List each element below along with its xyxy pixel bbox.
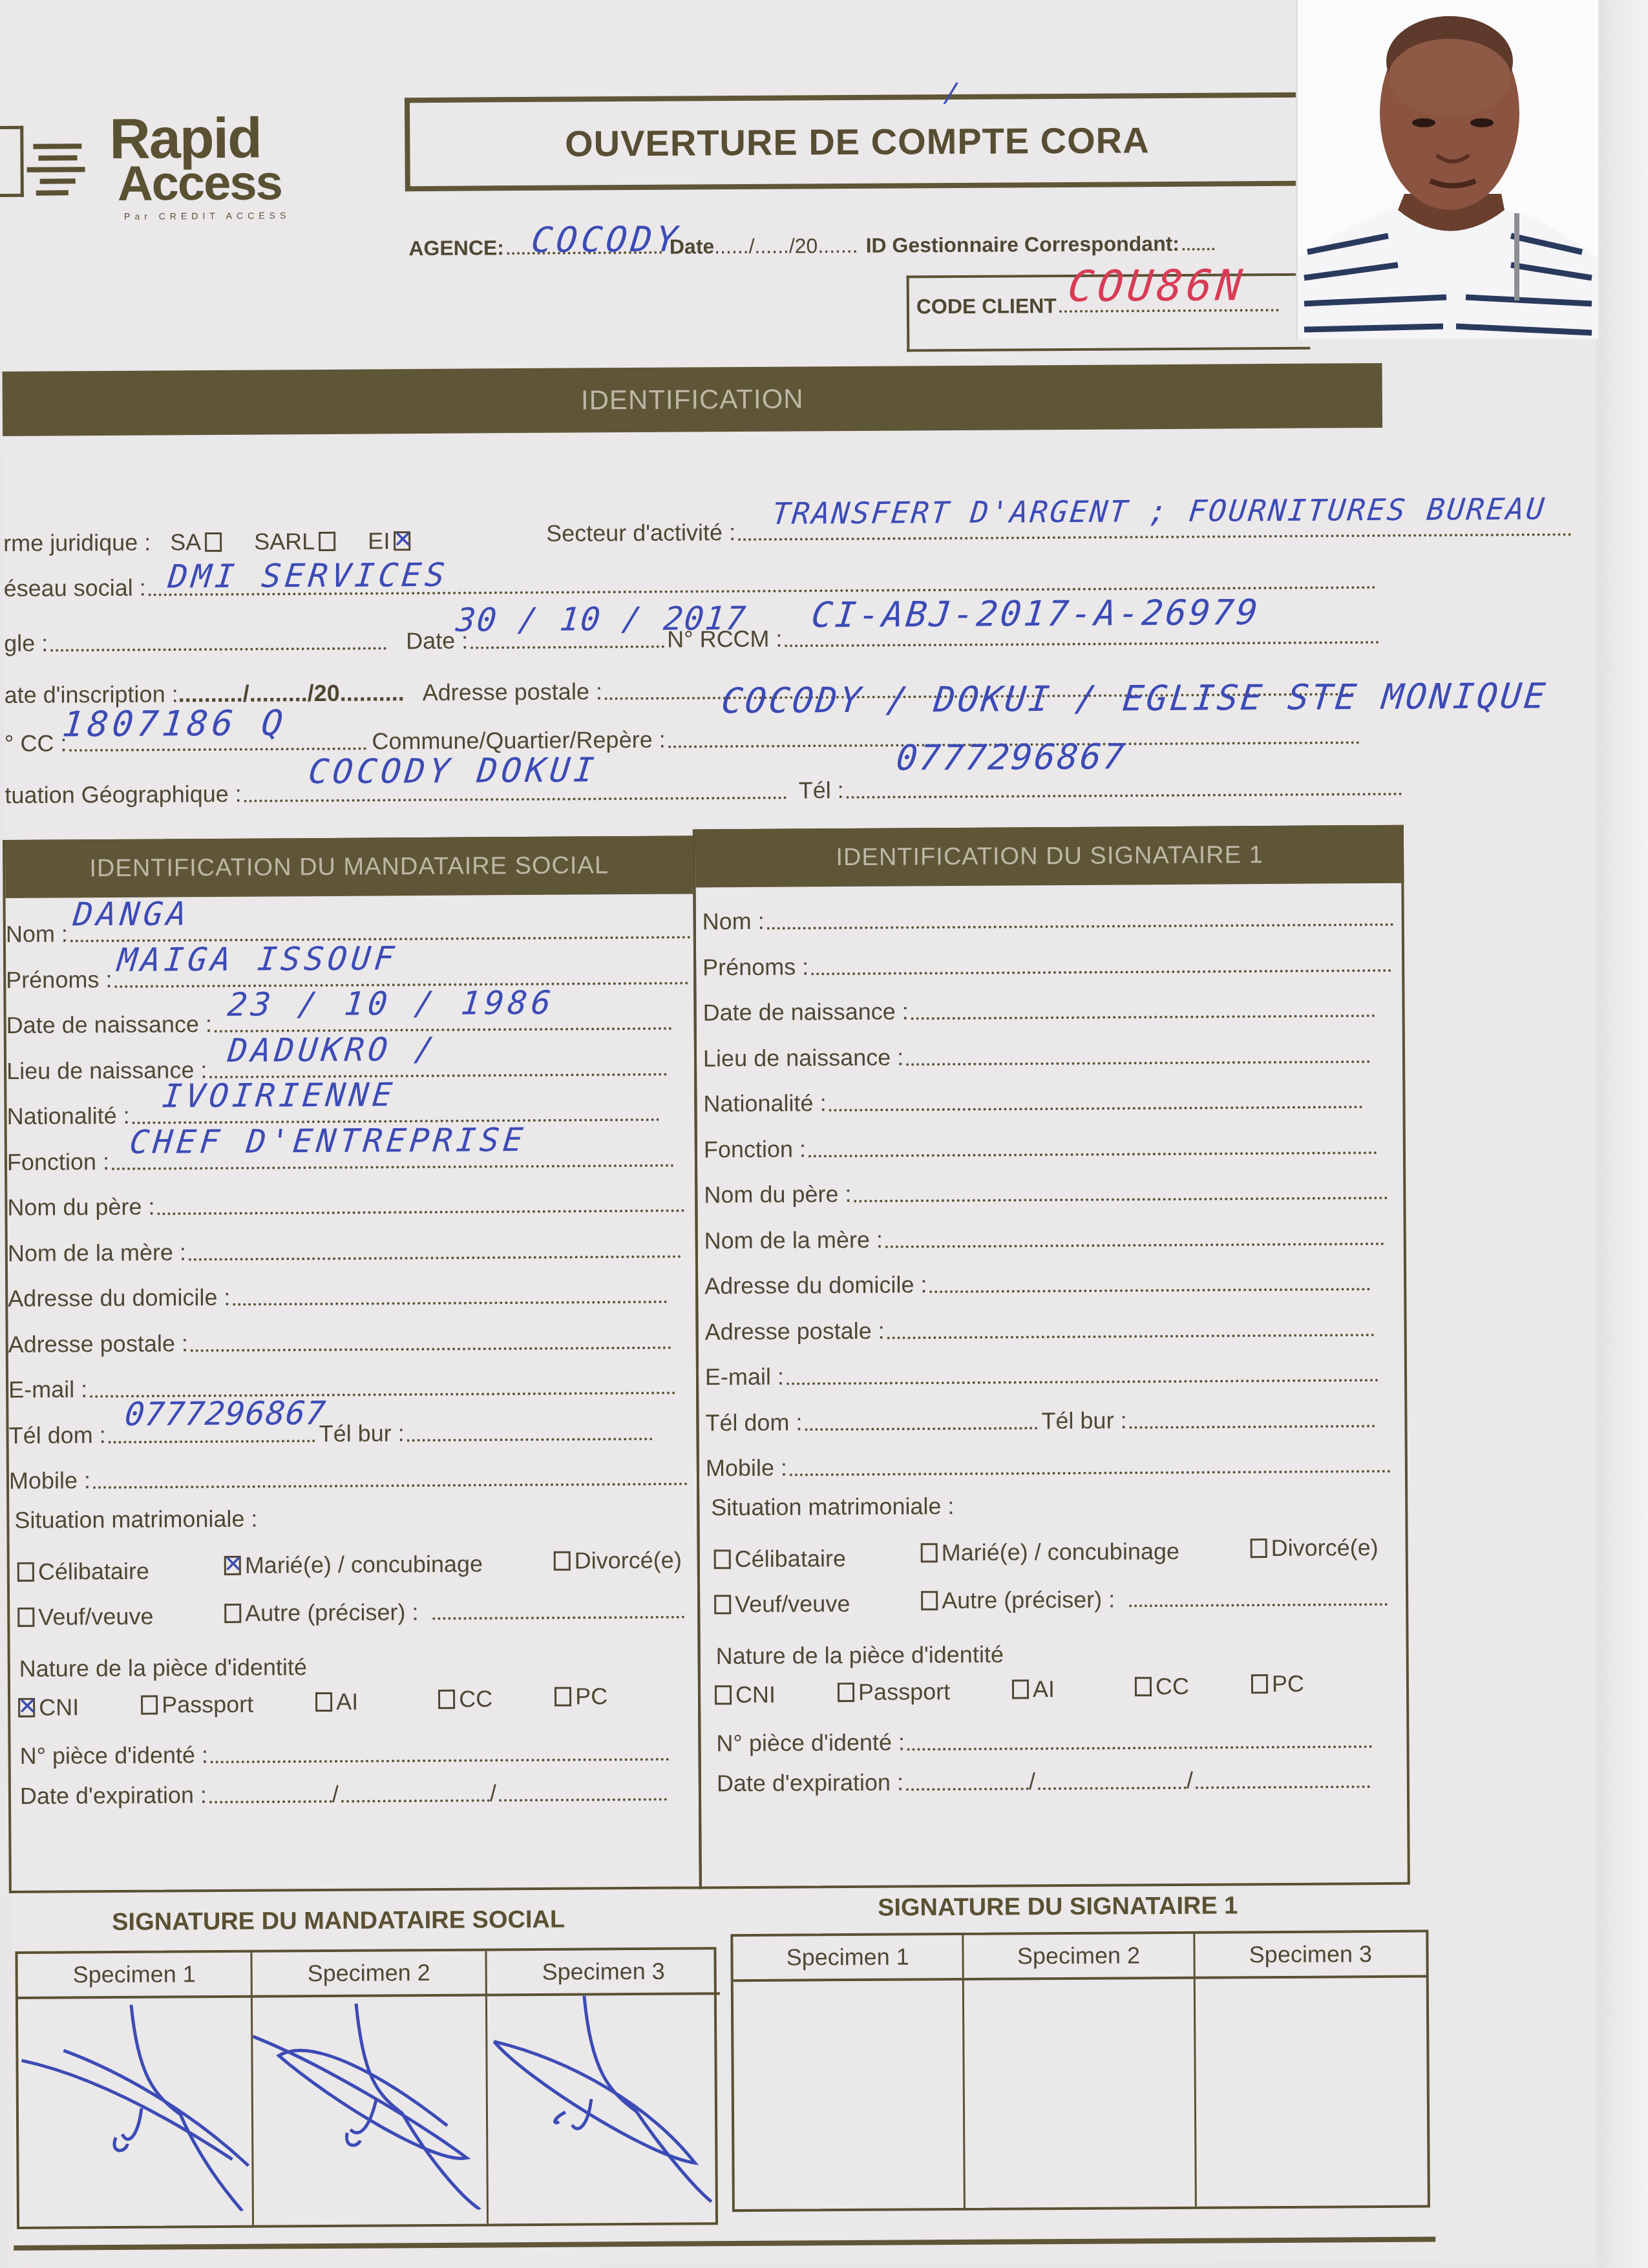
- field-value[interactable]: DADUKRO /: [226, 1030, 440, 1069]
- checkbox[interactable]: [17, 1607, 34, 1626]
- piece-option[interactable]: CNI: [715, 1681, 776, 1708]
- checkbox[interactable]: [1251, 1674, 1268, 1694]
- field-row: E-mail :: [705, 1360, 1379, 1391]
- specimen-header: Specimen 2: [964, 1934, 1196, 1980]
- rccm-value[interactable]: CI-ABJ-2017-A-26979: [810, 592, 1262, 635]
- signataire-signature-table: Specimen 1 Specimen 2 Specimen 3: [730, 1930, 1430, 2212]
- checkbox-ei[interactable]: [394, 531, 410, 551]
- logo-access: Access: [117, 154, 282, 212]
- checkbox[interactable]: [224, 1555, 241, 1575]
- signature-signataire-title: SIGNATURE DU SIGNATAIRE 1: [878, 1892, 1238, 1922]
- expiration-row: Date d'expiration ://: [20, 1778, 667, 1809]
- field-row: Adresse postale :: [704, 1314, 1374, 1345]
- signature-scribble-icon: [253, 1996, 487, 2210]
- id-photo: [1296, 0, 1598, 339]
- code-client-value[interactable]: COU86N: [1066, 260, 1248, 311]
- section-mandataire: IDENTIFICATION DU MANDATAIRE SOCIAL: [5, 835, 693, 898]
- checkbox[interactable]: [838, 1682, 854, 1701]
- matrimoniale-option[interactable]: Divorcé(e): [554, 1546, 682, 1574]
- field-row: Nom du père :: [7, 1190, 684, 1221]
- title-pen-mark: /: [943, 78, 966, 108]
- checkbox[interactable]: [18, 1697, 35, 1717]
- agence-value[interactable]: COCODY: [529, 219, 682, 260]
- mobile-row: Mobile :: [9, 1464, 688, 1495]
- field-row: Lieu de naissance :: [703, 1041, 1370, 1072]
- tel-row: Tél dom : Tél bur :: [8, 1418, 652, 1449]
- checkbox-sa[interactable]: [205, 532, 222, 552]
- signature-specimen-3[interactable]: [487, 1995, 721, 2223]
- field-value[interactable]: CHEF D'ENTREPRISE: [128, 1121, 528, 1161]
- matrimoniale-option[interactable]: Célibataire: [714, 1545, 846, 1573]
- field-row: Nom de la mère :: [8, 1235, 681, 1266]
- field-value[interactable]: DANGA: [72, 895, 192, 933]
- checkbox[interactable]: [438, 1689, 455, 1708]
- piece-option[interactable]: PC: [555, 1683, 607, 1710]
- signature-specimen-1[interactable]: [18, 1998, 254, 2227]
- field-value[interactable]: MAIGA ISSOUF: [116, 940, 399, 979]
- bottom-divider: [14, 2236, 1435, 2250]
- checkbox[interactable]: [1251, 1538, 1267, 1558]
- logo: Rapid Access Par CREDIT ACCESS: [1, 121, 324, 233]
- piece-option[interactable]: CC: [1135, 1672, 1189, 1700]
- checkbox[interactable]: [921, 1591, 938, 1610]
- piece-option[interactable]: Passport: [838, 1678, 950, 1706]
- date-value[interactable]: 30 / 10 / 2017: [454, 600, 748, 639]
- specimen-header: Specimen 3: [487, 1949, 719, 1996]
- specimen-header: Specimen 1: [733, 1935, 964, 1982]
- field-row: Adresse du domicile :: [704, 1268, 1370, 1299]
- mandataire-signature-table: Specimen 1 Specimen 2 Specimen 3: [15, 1947, 718, 2229]
- tel-row: Tél dom : Tél bur :: [705, 1405, 1375, 1436]
- piece-option[interactable]: CC: [438, 1685, 492, 1713]
- checkbox[interactable]: [1012, 1679, 1029, 1699]
- specimen-header: Specimen 1: [17, 1953, 252, 1999]
- form-title: OUVERTURE DE COMPTE CORA: [405, 92, 1310, 192]
- field-row: Nom du père :: [704, 1177, 1388, 1208]
- checkbox[interactable]: [714, 1595, 731, 1614]
- checkbox[interactable]: [17, 1562, 34, 1581]
- logo-tagline: Par CREDIT ACCESS: [124, 210, 290, 222]
- piece-option[interactable]: AI: [1012, 1675, 1055, 1703]
- mobile-row: Mobile :: [706, 1451, 1391, 1482]
- field-row: Date de naissance :: [703, 995, 1375, 1026]
- matrimoniale-option[interactable]: Célibataire: [17, 1557, 149, 1585]
- matrimoniale-label: Situation matrimoniale :: [14, 1505, 257, 1533]
- field-row: Adresse du domicile :: [8, 1281, 667, 1312]
- matrimoniale-option[interactable]: Autre (préciser) :: [224, 1599, 418, 1627]
- expiration-row: Date d'expiration ://: [717, 1766, 1370, 1797]
- form-page: Rapid Access Par CREDIT ACCESS OUVERTURE…: [0, 0, 1610, 2268]
- piece-option[interactable]: PC: [1251, 1670, 1304, 1697]
- checkbox[interactable]: [315, 1692, 332, 1711]
- commune-value[interactable]: COCODY / DOKUI / EGLISE STE MONIQUE: [720, 675, 1550, 721]
- forme-juridique-row: rme juridique : SA SARL EI: [3, 527, 414, 557]
- section-identification: IDENTIFICATION: [3, 363, 1383, 436]
- checkbox[interactable]: [715, 1685, 732, 1705]
- speed-lines-icon: [26, 138, 85, 196]
- section-signataire: IDENTIFICATION DU SIGNATAIRE 1: [695, 825, 1404, 888]
- field-row: Prénoms :: [703, 949, 1391, 981]
- situation-value[interactable]: COCODY DOKUI: [306, 751, 600, 792]
- signature-scribble-icon: [487, 1995, 721, 2209]
- matrimoniale-option[interactable]: Veuf/veuve: [714, 1590, 850, 1618]
- matrimoniale-option[interactable]: Veuf/veuve: [17, 1602, 153, 1630]
- field-row: Nom :: [703, 904, 1394, 936]
- signature-scribble-icon: [18, 1998, 252, 2212]
- signature-mandataire-title: SIGNATURE DU MANDATAIRE SOCIAL: [112, 1906, 565, 1937]
- secteur-value[interactable]: TRANSFERT D'ARGENT ; FOURNITURES BUREAU: [770, 491, 1547, 530]
- matrimoniale-option[interactable]: Marié(e) / concubinage: [224, 1550, 483, 1579]
- checkbox[interactable]: [921, 1543, 938, 1562]
- checkbox[interactable]: [141, 1695, 158, 1714]
- tel-dom-value[interactable]: 0777296867: [123, 1394, 328, 1433]
- num-piece-row: N° pièce d'identé :: [716, 1726, 1373, 1757]
- field-row: Fonction :: [704, 1132, 1377, 1163]
- portrait-photo-icon: [1298, 0, 1598, 339]
- gestionnaire-label: ID Gestionnaire Correspondant:: [865, 232, 1179, 258]
- situation-field: tuation Géographique : Tél :: [5, 773, 1402, 809]
- field-row: Adresse postale :: [8, 1327, 671, 1358]
- checkbox[interactable]: [1135, 1677, 1152, 1696]
- reseau-value[interactable]: DMI SERVICES: [167, 556, 450, 596]
- tel-value[interactable]: 0777296867: [894, 736, 1128, 778]
- matrimoniale-option[interactable]: Autre (préciser) :: [921, 1586, 1115, 1614]
- matrimoniale-option[interactable]: Marié(e) / concubinage: [921, 1537, 1179, 1566]
- signature-specimen-1[interactable]: [734, 1980, 966, 2209]
- date-template: ....../....../20.......: [714, 234, 858, 258]
- piece-option[interactable]: AI: [315, 1688, 358, 1715]
- specimen-header: Specimen 2: [252, 1951, 487, 1997]
- piece-option[interactable]: CNI: [18, 1694, 79, 1721]
- piece-option[interactable]: Passport: [141, 1690, 253, 1718]
- field-row: E-mail :: [8, 1372, 675, 1403]
- field-value[interactable]: 23 / 10 / 1986: [226, 984, 556, 1024]
- checkbox[interactable]: [224, 1603, 241, 1622]
- field-row: Nom de la mère :: [704, 1223, 1384, 1254]
- scan-edge: [1596, 0, 1648, 2268]
- piece-label: Nature de la pièce d'identité: [19, 1654, 307, 1683]
- checkbox[interactable]: [714, 1549, 731, 1569]
- checkbox[interactable]: [555, 1686, 571, 1706]
- signature-specimen-2[interactable]: [253, 1996, 489, 2225]
- signature-specimen-2[interactable]: [964, 1979, 1196, 2208]
- matrimoniale-option[interactable]: Divorcé(e): [1251, 1534, 1379, 1562]
- num-piece-row: N° pièce d'identé :: [19, 1738, 670, 1769]
- checkbox-sarl[interactable]: [319, 532, 335, 551]
- checkbox[interactable]: [554, 1551, 571, 1570]
- signature-specimen-3[interactable]: [1195, 1978, 1427, 2207]
- logo-emblem-icon: [0, 126, 24, 197]
- field-value[interactable]: IVOIRIENNE: [160, 1076, 397, 1115]
- specimen-header: Specimen 3: [1195, 1933, 1426, 1979]
- matrimoniale-label: Situation matrimoniale :: [711, 1493, 954, 1521]
- field-row: Nationalité :: [703, 1086, 1362, 1117]
- cc-value[interactable]: 1807186 Q: [61, 702, 289, 744]
- piece-label: Nature de la pièce d'identité: [716, 1641, 1004, 1670]
